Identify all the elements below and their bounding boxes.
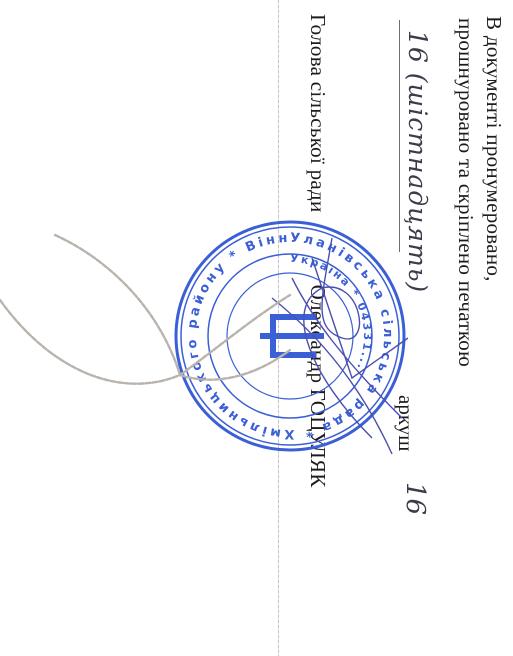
signer-title: Голова сільської ради [306,14,330,213]
certification-line-1: В документі пронумеровано, [481,16,506,282]
handwritten-sheets-number: 16 [400,482,430,515]
binding-string [0,200,300,430]
certification-line-2: прошнуровано та скріплено печаткою [453,18,478,367]
